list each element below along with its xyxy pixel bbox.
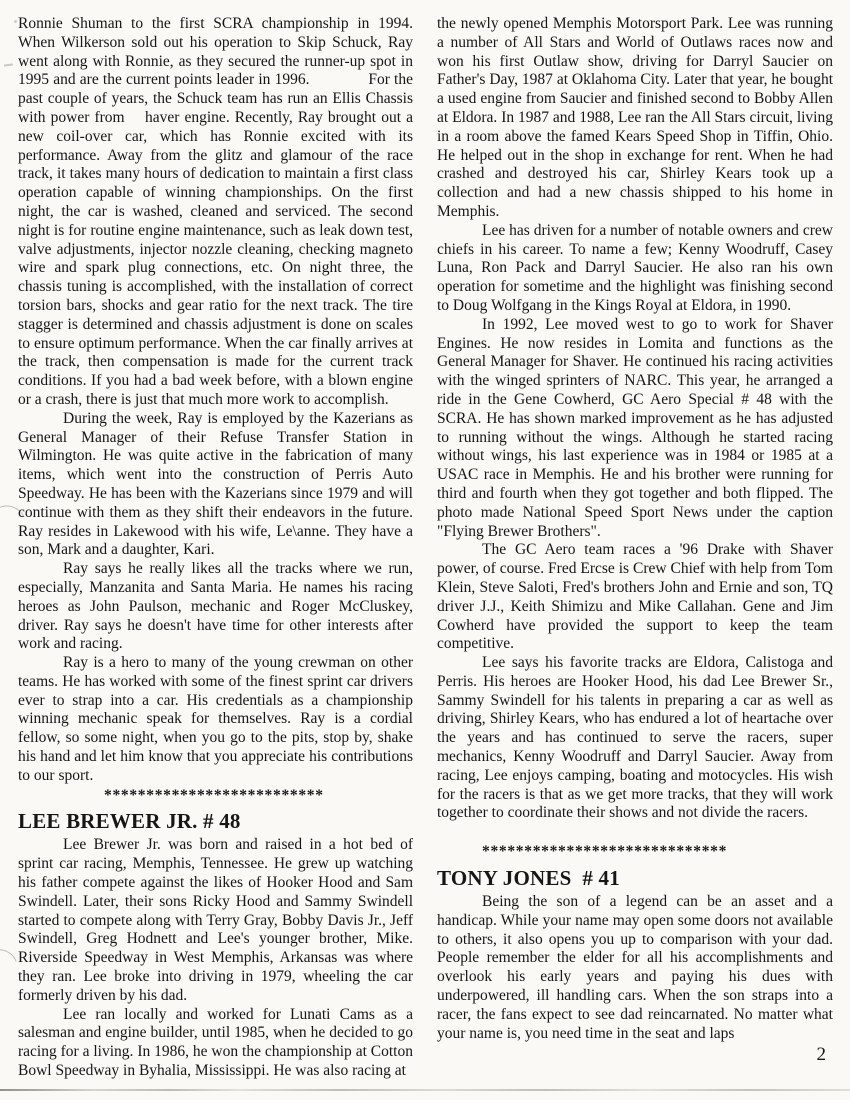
- right-column: the newly opened Memphis Motorsport Park…: [437, 15, 833, 1043]
- asterisk-separator: **************************: [104, 787, 413, 806]
- scanned-newsletter-page: Ronnie Shuman to the first SCRA champion…: [0, 0, 850, 1100]
- paragraph-ray-kazerians: During the week, Ray is employed by the …: [18, 410, 413, 560]
- page-number: 2: [817, 1044, 827, 1066]
- paragraph-ray-intro-continuation: Ronnie Shuman to the first SCRA champion…: [18, 15, 413, 410]
- heading-lee-brewer-jr-48: LEE BREWER JR. # 48: [18, 808, 413, 834]
- paragraph-lee-owners: Lee has driven for a number of notable o…: [437, 222, 833, 316]
- scan-edge-line: [0, 1089, 850, 1091]
- paragraph-lee-memphis-motorsport: the newly opened Memphis Motorsport Park…: [437, 15, 833, 222]
- paragraph-lee-shaver: In 1992, Lee moved west to go to work fo…: [437, 316, 833, 542]
- asterisk-separator: *****************************: [482, 843, 833, 862]
- paragraph-lee-favorites: Lee says his favorite tracks are Eldora,…: [437, 654, 833, 823]
- paragraph-tony-jones-intro: Being the son of a legend can be an asse…: [437, 893, 833, 1043]
- scan-speck: [14, 20, 17, 23]
- left-column: Ronnie Shuman to the first SCRA champion…: [18, 15, 413, 1081]
- heading-tony-jones-41: TONY JONES # 41: [437, 865, 833, 891]
- paragraph-lee-lunati: Lee ran locally and worked for Lunati Ca…: [18, 1006, 413, 1081]
- paragraph-gc-aero-team: The GC Aero team races a '96 Drake with …: [437, 541, 833, 654]
- paragraph-ray-tracks: Ray says he really likes all the tracks …: [18, 560, 413, 654]
- paragraph-lee-born: Lee Brewer Jr. was born and raised in a …: [18, 836, 413, 1005]
- scan-mark: [4, 63, 13, 66]
- paragraph-ray-hero: Ray is a hero to many of the young crewm…: [18, 654, 413, 786]
